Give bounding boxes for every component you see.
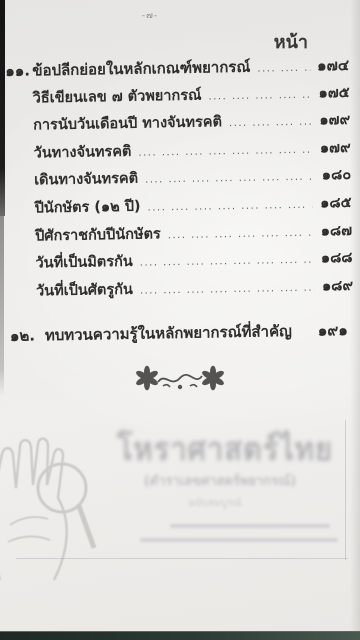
item-label: วันที่เป็นศัตรูกัน [36, 278, 133, 303]
section-title: ทบทวนความรู้ในหลักพยากรณ์ที่สำคัญ [45, 319, 292, 347]
page-number: ๑๘๐ [317, 163, 351, 187]
page-number: ๑๘๗ [318, 219, 352, 243]
dot-leader: .... .... .... .... .... .... .... .... … [168, 227, 314, 241]
dot-leader: .... .... .... .... .... .... .... .... … [145, 172, 312, 186]
toc-item-row: วันที่เป็นศัตรูกัน .... .... .... .... .… [9, 274, 353, 308]
show-through-title: โหราศาสตร์ไทย [100, 423, 350, 475]
item-label: เดินทางจันทรคติ [34, 167, 138, 192]
dot-leader: .... .... .... .... .... .... .... .... … [257, 63, 310, 75]
toc-section-12-row: ๑๒. ทบทวนความรู้ในหลักพยากรณ์ที่สำคัญ ๑๙… [10, 318, 354, 354]
page-number: ๑๗๙ [316, 136, 350, 160]
dot-leader: .... .... .... .... .... .... .... .... … [138, 144, 311, 158]
item-label: วันทางจันทรคติ [33, 140, 131, 165]
section-title: ข้อปลีกย่อยในหลักเกณฑ์พยากรณ์ [32, 55, 251, 83]
floral-divider-ornament-icon [0, 362, 360, 402]
book-cover-edge [0, 631, 360, 640]
table-of-contents: ๑๑. ข้อปลีกย่อยในหลักเกณฑ์พยากรณ์ .... .… [5, 53, 354, 354]
dot-leader: .... .... .... .... .... .... .... .... … [140, 282, 314, 296]
item-label: ปีศักราชกับปีนักษัตร [35, 222, 161, 247]
item-label: การนับวันเดือนปี ทางจันทรคติ [33, 110, 222, 136]
page-number: ๑๙๑ [314, 318, 354, 343]
show-through-frame-border [16, 558, 348, 559]
item-label: วิธีเขียนเลข ๗ ตัวพยากรณ์ [33, 83, 202, 109]
dot-leader: .... .... .... .... .... .... .... .... … [229, 117, 311, 129]
show-through-next-page: โหราศาสตร์ไทย (ตำราเลขศาสตร์พยากรณ์) ฉบั… [0, 412, 360, 572]
photo-left-dark-edge [0, 0, 5, 216]
show-through-faint-line [170, 524, 330, 528]
show-through-subtitle: (ตำราเลขศาสตร์พยากรณ์) [100, 470, 340, 491]
page-number: ๑๗๕ [315, 81, 349, 105]
item-label: ปีนักษัตร (๑๒ ปี) [34, 195, 140, 220]
section-number: ๑๒. [10, 324, 37, 348]
page-number: ๑๘๘ [318, 246, 352, 270]
page-column-header: หน้า [274, 27, 308, 56]
folio-mark: -๗- [0, 8, 300, 22]
dot-leader: .... .... .... .... .... .... .... .... … [148, 200, 313, 214]
page-number: ๑๘๕ [317, 191, 351, 215]
page-number: ๑๘๙ [319, 274, 353, 298]
palm-reading-illustration [0, 430, 100, 594]
show-through-frame-border [345, 420, 346, 560]
book-photo-page: { "page": { "top_mark": "-๗-", "header_r… [0, 0, 360, 640]
dot-leader: .... .... .... .... .... .... .... .... … [140, 255, 314, 269]
page-number: ๑๗๙ [316, 108, 350, 132]
show-through-faint-line [140, 538, 338, 542]
show-through-caption: ฉบับสมบูรณ์ [120, 496, 310, 511]
page-number: ๑๗๔ [315, 53, 349, 78]
dot-leader: .... .... .... .... .... .... .... .... … [208, 89, 310, 102]
section-number: ๑๑. [5, 59, 32, 83]
item-label: วันที่เป็นมิตรกัน [35, 250, 133, 275]
